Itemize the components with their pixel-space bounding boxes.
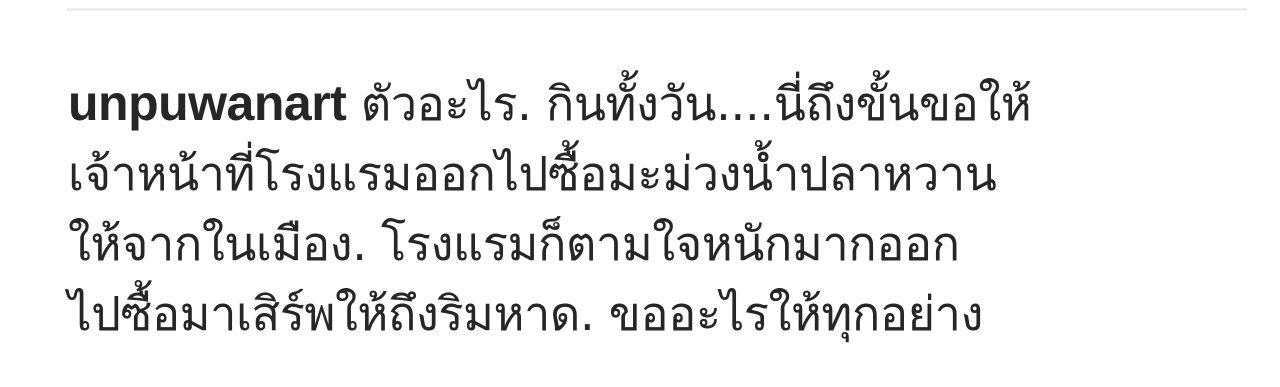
comment-line-1: unpuwanart ตัวอะไร. กินทั้งวัน....นี่ถึง…	[68, 68, 1228, 140]
comment-line-2: เจ้าหน้าที่โรงแรมออกไปซื้อมะม่วงน้ำปลาหว…	[68, 140, 1228, 210]
comment-line-4: ไปซื้อมาเสิร์พให้ถึงริมหาด. ขออะไรให้ทุก…	[68, 280, 1228, 350]
comment-line-3: ให้จากในเมือง. โรงแรมก็ตามใจหนักมากออก	[68, 210, 1228, 280]
divider	[67, 8, 1247, 11]
comment: unpuwanart ตัวอะไร. กินทั้งวัน....นี่ถึง…	[68, 68, 1228, 350]
comment-username-link[interactable]: unpuwanart	[68, 75, 346, 131]
comment-text: ตัวอะไร. กินทั้งวัน....นี่ถึงขั้นขอให้	[346, 77, 1031, 132]
